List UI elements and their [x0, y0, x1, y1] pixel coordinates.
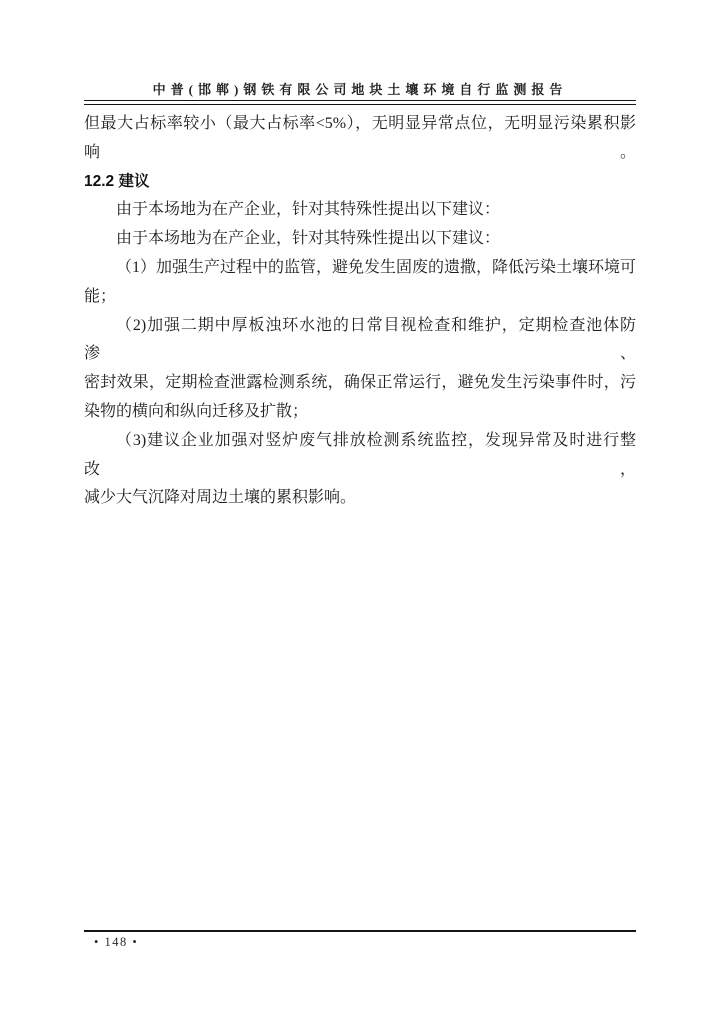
section-heading: 12.2 建议 [84, 168, 636, 197]
body-line: （3)建议企业加强对竖炉废气排放检测系统监控，发现异常及时进行整改， [84, 427, 636, 485]
header-title: 中普(邯郸)钢铁有限公司地块土壤环境自行监测报告 [84, 79, 636, 98]
body-line: （2)加强二期中厚板浊环水池的日常目视检查和维护，定期检查池体防渗、 [84, 312, 636, 370]
body-line: 但最大占标率较小（最大占标率<5%），无明显异常点位，无明显污染累积影响。 [84, 110, 636, 168]
body-line: 减少大气沉降对周边土壤的累积影响。 [84, 484, 636, 513]
header-double-rule [84, 100, 636, 105]
body-line: 染物的横向和纵向迁移及扩散； [84, 398, 636, 427]
body-line: 能； [84, 283, 636, 312]
page-body: 但最大占标率较小（最大占标率<5%），无明显异常点位，无明显污染累积影响。 12… [84, 110, 636, 513]
body-line: 由于本场地为在产企业，针对其特殊性提出以下建议： [84, 225, 636, 254]
footer-rule [84, 930, 636, 932]
body-line: 由于本场地为在产企业，针对其特殊性提出以下建议： [84, 196, 636, 225]
body-line: （1）加强生产过程中的监管，避免发生固废的遗撒，降低污染土壤环境可 [84, 254, 636, 283]
body-line: 密封效果，定期检查泄露检测系统，确保正常运行，避免发生污染事件时，污 [84, 369, 636, 398]
document-page: 中普(邯郸)钢铁有限公司地块土壤环境自行监测报告 但最大占标率较小（最大占标率<… [0, 0, 722, 1021]
page-number: • 148 • [94, 935, 138, 950]
